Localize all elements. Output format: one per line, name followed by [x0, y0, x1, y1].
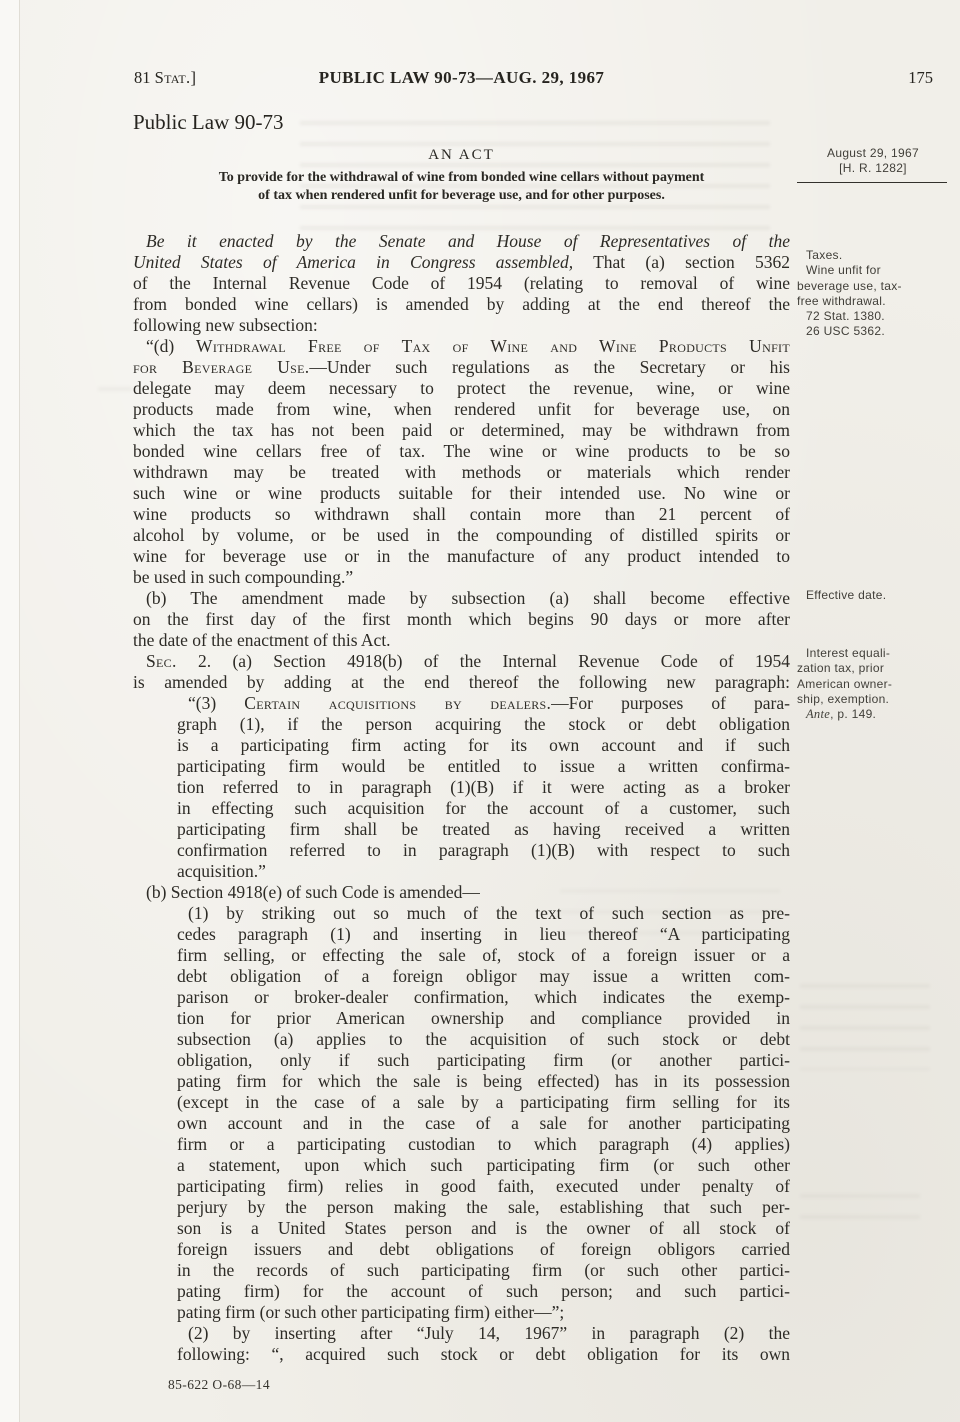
- text-line: Sec. 2. (a) Section 4918(b) of the Inter…: [133, 651, 790, 672]
- margin-note-line: beverage use, tax-: [797, 279, 949, 294]
- act-label: AN ACT: [133, 147, 790, 164]
- text-line: graph (1), if the person acquiring the s…: [133, 714, 790, 735]
- text-line: products made from wine, when rendered u…: [133, 399, 790, 420]
- running-header-title: PUBLIC LAW 90-73—AUG. 29, 1967: [133, 68, 790, 88]
- text-line: the date of the enactment of this Act.: [133, 630, 790, 651]
- text-line: acquisition.”: [133, 861, 790, 882]
- margin-note-line: ship, exemption.: [797, 692, 949, 707]
- text-line: son is a United States person and is the…: [133, 1218, 790, 1239]
- margin-note-line: Effective date.: [797, 588, 949, 603]
- margin-note-rule: [797, 182, 947, 183]
- act-title-line: of tax when rendered unfit for beverage …: [113, 187, 810, 205]
- margin-note-taxes-note: Taxes.Wine unfit forbeverage use, tax-fr…: [797, 248, 949, 340]
- text-line: firm or a participating custodian to whi…: [133, 1134, 790, 1155]
- text-line: such wine or wine products suitable for …: [133, 483, 790, 504]
- text-line: from bonded wine cellars) is amended by …: [133, 294, 790, 315]
- text-line: Be it enacted by the Senate and House of…: [133, 231, 790, 252]
- text-line: tion referred to in paragraph (1)(B) if …: [133, 777, 790, 798]
- text-line: pating firm) for the account of such per…: [133, 1281, 790, 1302]
- text-line: pating firm for which the sale is being …: [133, 1071, 790, 1092]
- text-line: is amended by adding at the end thereof …: [133, 672, 790, 693]
- page-number: 175: [875, 68, 933, 88]
- text-line: foreign issuers and debt obligations of …: [133, 1239, 790, 1260]
- text-line: participating firm would be entitled to …: [133, 756, 790, 777]
- text-line: (2) by inserting after “July 14, 1967” i…: [133, 1323, 790, 1344]
- margin-note-enactment-date: August 29, 1967[H. R. 1282]: [797, 146, 949, 183]
- text-line: for Beverage Use.—Under such regulations…: [133, 357, 790, 378]
- margin-note-line: zation tax, prior: [797, 661, 949, 676]
- text-line: tion for prior American ownership and co…: [133, 1008, 790, 1029]
- body-text: Be it enacted by the Senate and House of…: [133, 231, 790, 1365]
- text-line: confirmation referred to in paragraph (1…: [133, 840, 790, 861]
- margin-note-line: 72 Stat. 1380.: [797, 309, 949, 324]
- text-line: delegate may deem necessary to protect t…: [133, 378, 790, 399]
- text-line: (except in the case of a sale by a parti…: [133, 1092, 790, 1113]
- text-line: participating firm shall be treated as h…: [133, 819, 790, 840]
- text-line: (b) The amendment made by subsection (a)…: [133, 588, 790, 609]
- text-line: “(d) Withdrawal Free of Tax of Wine and …: [133, 336, 790, 357]
- text-line: subsection (a) applies to the acquisitio…: [133, 1029, 790, 1050]
- text-line: (1) by striking out so much of the text …: [133, 903, 790, 924]
- margin-note-line: August 29, 1967: [797, 146, 949, 161]
- text-line: firm selling, or effecting the sale of, …: [133, 945, 790, 966]
- margin-note-line: [H. R. 1282]: [797, 161, 949, 176]
- margin-note-effective-date-note: Effective date.: [797, 588, 949, 603]
- text-line: participating firm) relies in good faith…: [133, 1176, 790, 1197]
- bleedthrough-smudge: [800, 975, 930, 1070]
- text-line: wine for beverage use or in the manufact…: [133, 546, 790, 567]
- margin-note-line: Wine unfit for: [797, 263, 949, 278]
- law-heading: Public Law 90-73: [133, 110, 283, 135]
- text-line: wine products so withdrawn shall contain…: [133, 504, 790, 525]
- margin-note-line: Interest equali-: [797, 646, 949, 661]
- text-line: of the Internal Revenue Code of 1954 (re…: [133, 273, 790, 294]
- act-title: To provide for the withdrawal of wine fr…: [113, 169, 810, 205]
- text-line: pating firm (or such other participating…: [133, 1302, 790, 1323]
- margin-note-line: Taxes.: [797, 248, 949, 263]
- text-line: obligation, only if such participating f…: [133, 1050, 790, 1071]
- running-header: 81 Stat.] PUBLIC LAW 90-73—AUG. 29, 1967…: [0, 68, 960, 92]
- margin-note-line: American owner-: [797, 677, 949, 692]
- margin-note-line: Ante, p. 149.: [797, 707, 949, 722]
- text-line: following: “, acquired such stock or deb…: [133, 1344, 790, 1365]
- text-line: in the records of such participating fir…: [133, 1260, 790, 1281]
- act-title-line: To provide for the withdrawal of wine fr…: [113, 169, 810, 187]
- text-line: on the first day of the first month whic…: [133, 609, 790, 630]
- text-line: United States of America in Congress ass…: [133, 252, 790, 273]
- margin-note-interest-equalization-note: Interest equali-zation tax, priorAmerica…: [797, 646, 949, 722]
- text-line: parison or broker-dealer confirmation, w…: [133, 987, 790, 1008]
- bleedthrough-smudge: [98, 378, 132, 400]
- text-line: cedes paragraph (1) and inserting in lie…: [133, 924, 790, 945]
- text-line: “(3) Certain acquisitions by dealers.—Fo…: [133, 693, 790, 714]
- statute-page: 81 Stat.] PUBLIC LAW 90-73—AUG. 29, 1967…: [0, 0, 960, 1422]
- text-line: in effecting such acquisition for the ac…: [133, 798, 790, 819]
- text-line: withdrawn may be treated with methods or…: [133, 462, 790, 483]
- text-line: is a participating firm acting for its o…: [133, 735, 790, 756]
- margin-note-line: 26 USC 5362.: [797, 324, 949, 339]
- scan-edge: [0, 0, 20, 1422]
- bleedthrough-smudge: [800, 1185, 920, 1225]
- text-line: (b) Section 4918(e) of such Code is amen…: [133, 882, 790, 903]
- text-line: debt obligation of a foreign obligor may…: [133, 966, 790, 987]
- text-line: own account and in the case of a sale fo…: [133, 1113, 790, 1134]
- text-line: following new subsection:: [133, 315, 790, 336]
- text-line: which the tax has not been paid or deter…: [133, 420, 790, 441]
- text-line: alcohol by volume, or be used in the com…: [133, 525, 790, 546]
- print-code: 85-622 O-68—14: [168, 1377, 270, 1393]
- text-line: be used in such compounding.”: [133, 567, 790, 588]
- text-line: a statement, upon which such participati…: [133, 1155, 790, 1176]
- text-line: bonded wine cellars free of tax. The win…: [133, 441, 790, 462]
- margin-note-line: free withdrawal.: [797, 294, 949, 309]
- text-line: perjury by the person making the sale, e…: [133, 1197, 790, 1218]
